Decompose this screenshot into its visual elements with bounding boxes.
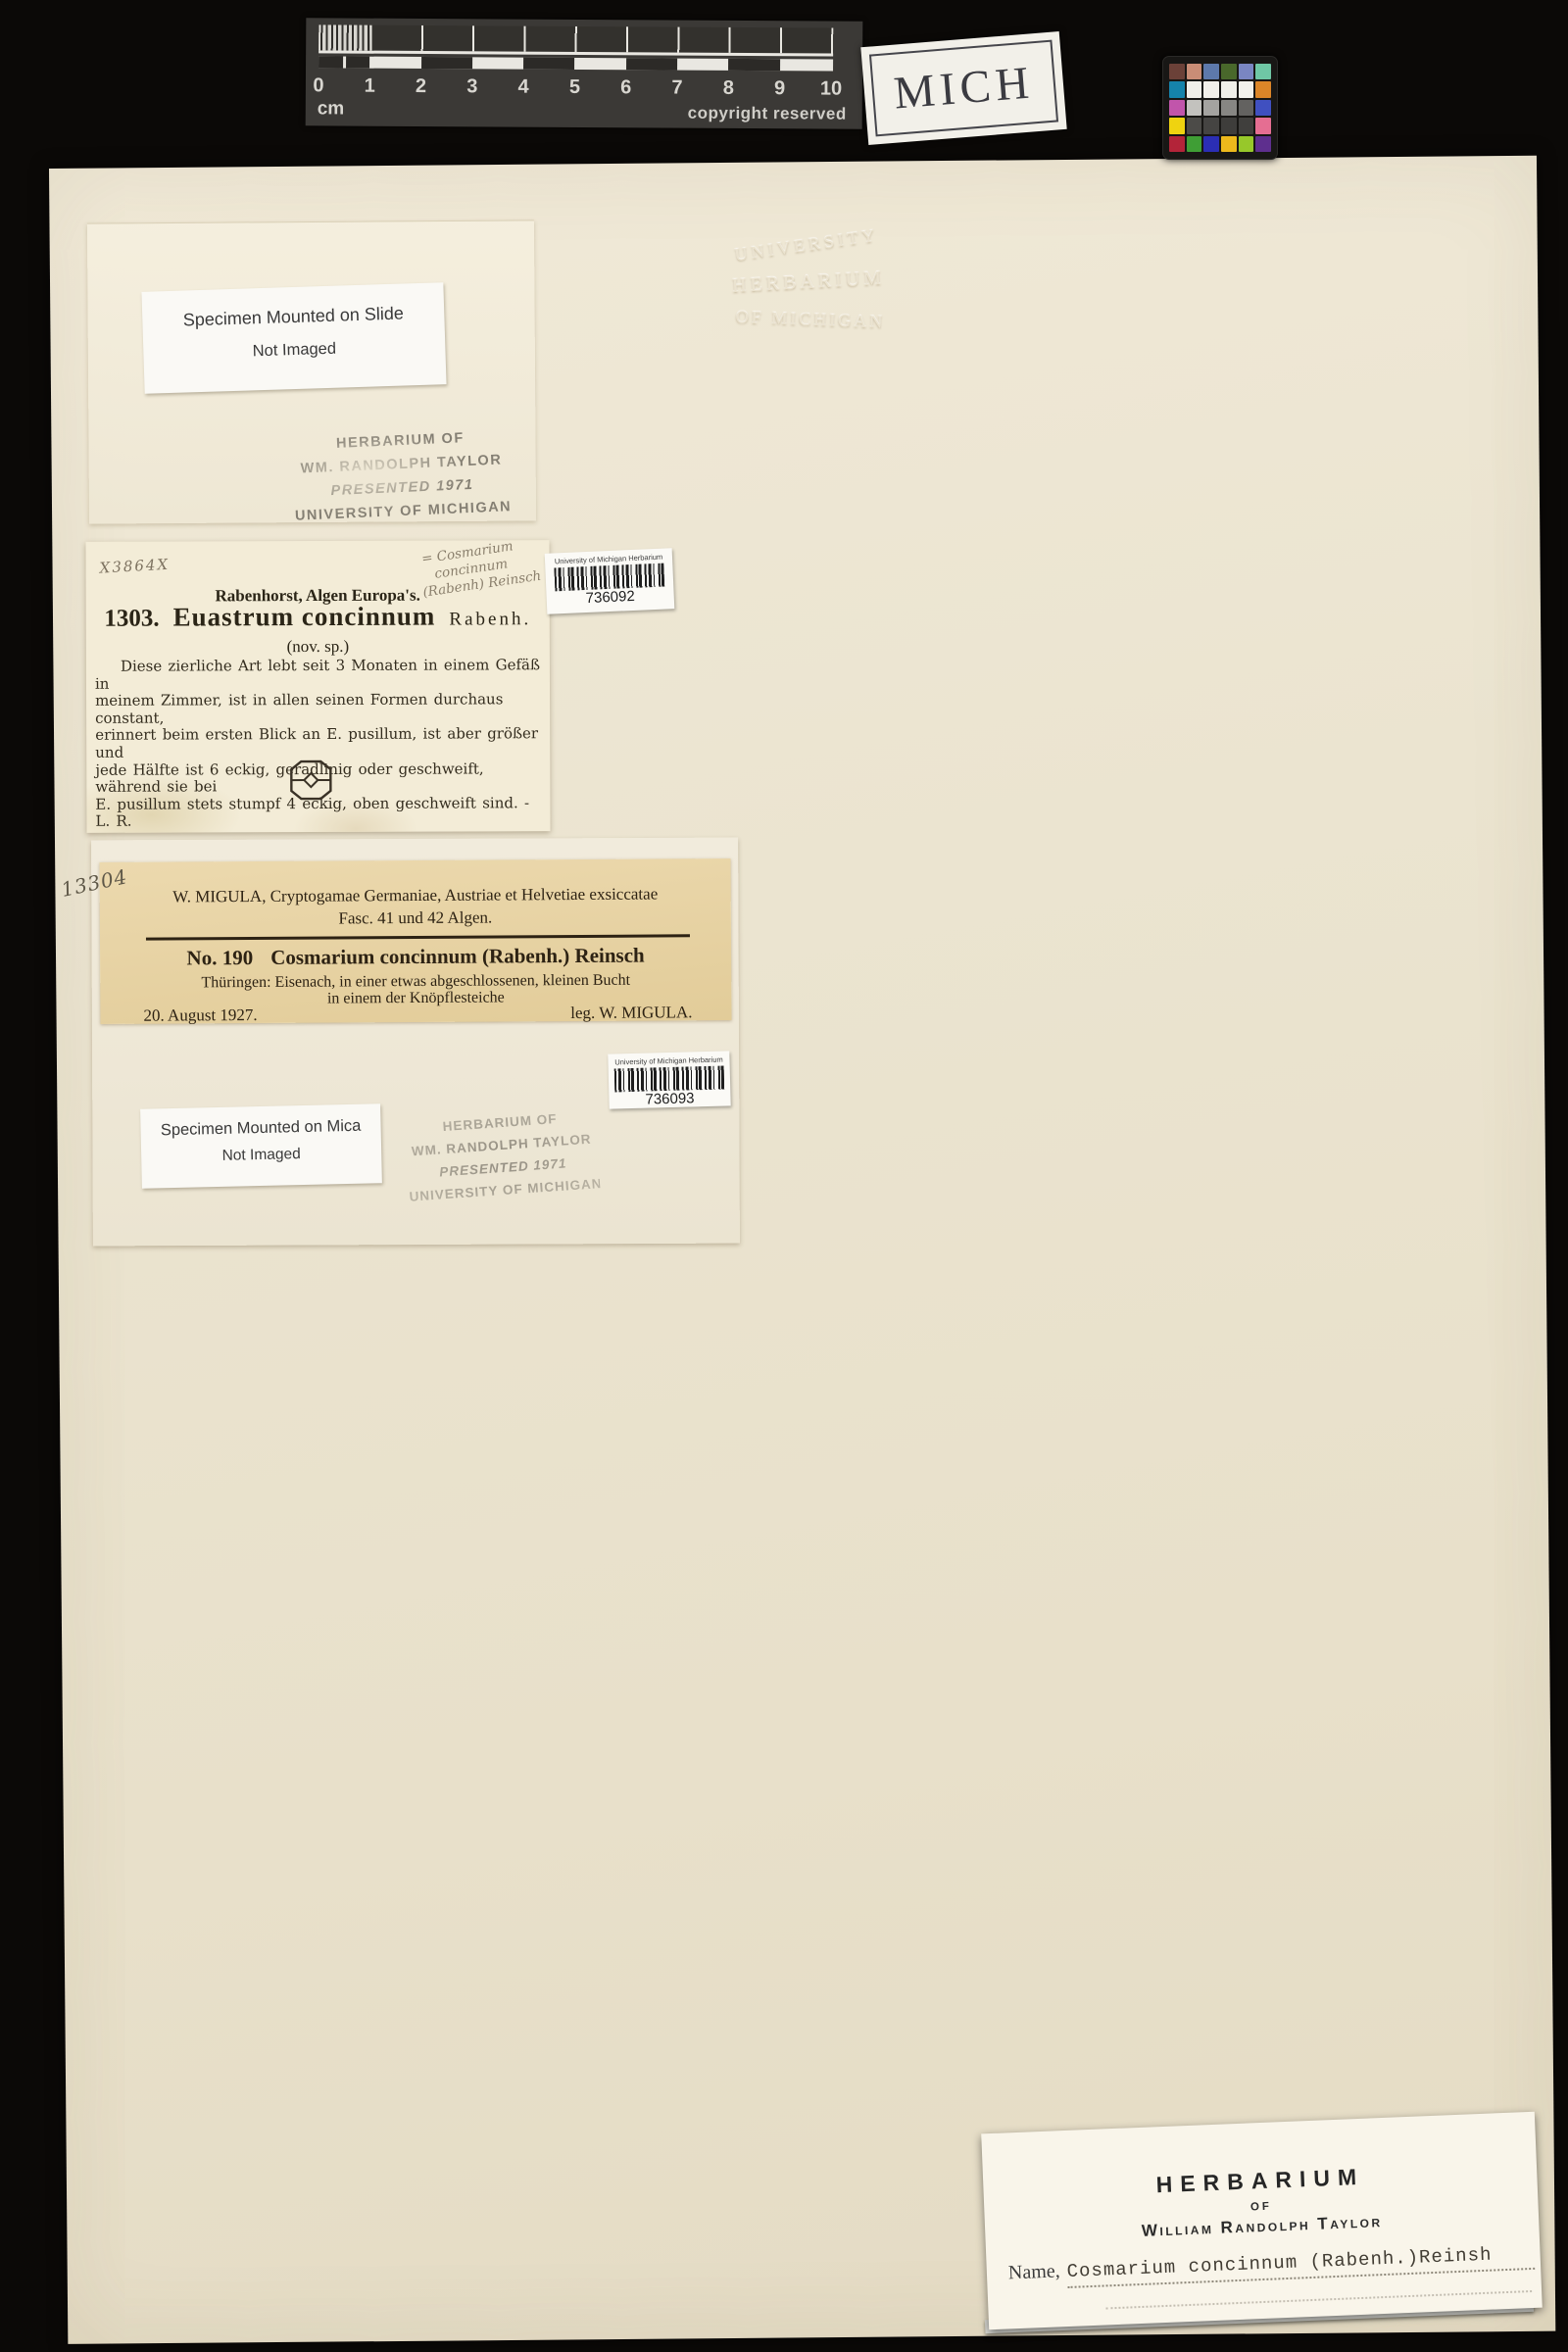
color-patch bbox=[1169, 64, 1185, 79]
scale-halfcm-mark bbox=[728, 59, 779, 71]
barcode-institution: University of Michigan Herbarium bbox=[608, 1054, 729, 1066]
color-patch bbox=[1255, 118, 1271, 133]
taylor-herbarium-stamp-lower: HERBARIUM OF WM. RANDOLPH TAYLOR PRESENT… bbox=[404, 1104, 601, 1207]
migula-date: 20. August 1927. bbox=[143, 1005, 257, 1026]
scale-bar-cm-blocks bbox=[318, 24, 833, 56]
taylor-herbarium-stamp-upper: HERBARIUM OF WM. RANDOLPH TAYLOR PRESENT… bbox=[282, 424, 521, 528]
color-patch bbox=[1169, 81, 1185, 97]
exsiccata-number: 1303. bbox=[104, 606, 159, 633]
color-patch bbox=[1203, 81, 1219, 97]
barcode-number: 736092 bbox=[579, 588, 641, 608]
mich-tag-border: MICH bbox=[869, 40, 1058, 137]
color-patch bbox=[1255, 64, 1271, 79]
color-patch bbox=[1187, 64, 1202, 79]
barcode-stripes bbox=[614, 1066, 725, 1093]
ruler-tick-10: 10 bbox=[820, 77, 842, 100]
color-patch bbox=[1187, 136, 1202, 152]
color-patch bbox=[1255, 81, 1271, 97]
migula-number: No. 190 bbox=[186, 946, 253, 969]
scale-bar-blocks bbox=[318, 24, 833, 71]
ruler-tick-6: 6 bbox=[615, 76, 637, 99]
color-calibration-card bbox=[1162, 56, 1278, 160]
slide-note-line2: Not Imaged bbox=[143, 336, 445, 365]
scale-unit-label: cm bbox=[318, 98, 345, 120]
nov-sp-note: (nov. sp.) bbox=[86, 636, 550, 658]
herbarium-sheet-photo: UNIVERSITY HERBARIUM OF MICHIGAN 0123456… bbox=[0, 0, 1568, 2352]
second-dotted-line bbox=[1105, 2290, 1532, 2309]
color-patch bbox=[1187, 118, 1202, 133]
scale-bar-mm-hatch bbox=[320, 24, 369, 50]
color-patch bbox=[1203, 118, 1219, 133]
ruler-tick-8: 8 bbox=[717, 77, 739, 100]
mich-code: MICH bbox=[892, 56, 1036, 120]
migula-series-title: W. MIGULA, Cryptogamae Germaniae, Austri… bbox=[100, 884, 731, 907]
ruler-tick-4: 4 bbox=[513, 76, 534, 99]
seal-line3: OF MICHIGAN bbox=[704, 306, 918, 334]
scale-halfcm-mark bbox=[626, 58, 677, 70]
ruler-tick-0: 0 bbox=[308, 74, 329, 97]
scale-bar-halfcm-strip bbox=[318, 56, 833, 71]
slide-note-sticker: Specimen Mounted on Slide Not Imaged bbox=[141, 282, 446, 394]
color-patch bbox=[1203, 136, 1219, 152]
taylor-herbarium-label: HERBARIUM OF William Randolph Taylor Nam… bbox=[981, 2112, 1543, 2330]
mica-note-line1: Specimen Mounted on Mica bbox=[140, 1116, 380, 1141]
slide-note-line1: Specimen Mounted on Slide bbox=[142, 302, 445, 332]
pencil-accession-number: X3864X bbox=[99, 556, 170, 577]
color-patch bbox=[1169, 100, 1185, 116]
color-patch bbox=[1239, 100, 1254, 116]
scale-halfcm-mark bbox=[421, 57, 472, 69]
color-patch bbox=[1239, 118, 1254, 133]
color-patch bbox=[1169, 136, 1185, 152]
mica-note-sticker: Specimen Mounted on Mica Not Imaged bbox=[140, 1103, 382, 1189]
migula-fascicle: Fasc. 41 und 42 Algen. bbox=[100, 906, 731, 930]
color-patch bbox=[1221, 100, 1237, 116]
species-name: Euastrum concinnum bbox=[173, 602, 436, 633]
rabenhorst-label: X3864X = Cosmarium concinnum (Rabenh) Re… bbox=[85, 540, 550, 833]
name-field-label: Name, bbox=[1007, 2260, 1060, 2284]
migula-collector: leg. W. MIGULA. bbox=[570, 1003, 692, 1023]
scale-bar-ticks: 012345678910 bbox=[306, 18, 862, 21]
ruler-tick-7: 7 bbox=[666, 77, 688, 100]
color-patch bbox=[1255, 136, 1271, 152]
ruler-tick-9: 9 bbox=[769, 77, 791, 100]
ruler-tick-5: 5 bbox=[563, 76, 585, 99]
color-patch bbox=[1221, 64, 1237, 79]
ruler-tick-2: 2 bbox=[410, 75, 431, 98]
color-patch bbox=[1239, 136, 1254, 152]
migula-footer: 20. August 1927. leg. W. MIGULA. bbox=[143, 1003, 692, 1025]
color-patch bbox=[1239, 81, 1254, 97]
migula-divider-rule bbox=[146, 934, 690, 940]
migula-species: Cosmarium concinnum (Rabenh.) Reinsch bbox=[270, 944, 645, 969]
color-patch bbox=[1255, 100, 1271, 116]
species-heading: 1303. Euastrum concinnum Rabenh. bbox=[86, 601, 550, 633]
barcode-label-736093: University of Michigan Herbarium 736093 bbox=[608, 1051, 730, 1108]
migula-species-line: No. 190Cosmarium concinnum (Rabenh.) Rei… bbox=[100, 943, 731, 971]
species-author: Rabenh. bbox=[449, 609, 531, 630]
copyright-text: copyright reserved bbox=[688, 104, 847, 124]
color-patch bbox=[1203, 64, 1219, 79]
ruler-tick-1: 1 bbox=[359, 75, 380, 98]
german-description: Diese zierliche Art lebt seit 3 Monaten … bbox=[95, 657, 544, 831]
ruler-tick-3: 3 bbox=[462, 75, 483, 98]
photo-scale-bar: 012345678910 cm copyright reserved bbox=[306, 18, 863, 128]
color-patch bbox=[1221, 118, 1237, 133]
barcode-number: 736093 bbox=[639, 1090, 700, 1108]
seal-line2: HERBARIUM bbox=[702, 266, 916, 299]
scale-halfcm-mark bbox=[523, 58, 574, 70]
color-patch bbox=[1187, 81, 1202, 97]
color-patch bbox=[1221, 136, 1237, 152]
scale-halfcm-mark bbox=[318, 56, 343, 68]
typed-species-name: Cosmarium concinnum (Rabenh.)Reinsh bbox=[1066, 2242, 1535, 2288]
color-patch bbox=[1187, 100, 1202, 116]
color-patch bbox=[1203, 100, 1219, 116]
color-patch bbox=[1169, 118, 1185, 133]
migula-label: W. MIGULA, Cryptogamae Germaniae, Austri… bbox=[100, 858, 732, 1024]
scale-halfcm-mark bbox=[346, 57, 370, 69]
color-patch bbox=[1221, 81, 1237, 97]
mica-note-line2: Not Imaged bbox=[141, 1144, 381, 1167]
color-patch bbox=[1239, 64, 1254, 79]
mich-herbarium-tag: MICH bbox=[860, 31, 1066, 145]
name-field-row: Name, Cosmarium concinnum (Rabenh.)Reins… bbox=[1007, 2241, 1535, 2291]
barcode-label-736092: University of Michigan Herbarium 736092 bbox=[545, 548, 675, 614]
color-checker-grid bbox=[1169, 64, 1271, 152]
desmid-woodcut-figure bbox=[287, 759, 334, 802]
barcode-stripes bbox=[554, 563, 664, 592]
embossed-seal: UNIVERSITY HERBARIUM OF MICHIGAN bbox=[700, 229, 918, 335]
